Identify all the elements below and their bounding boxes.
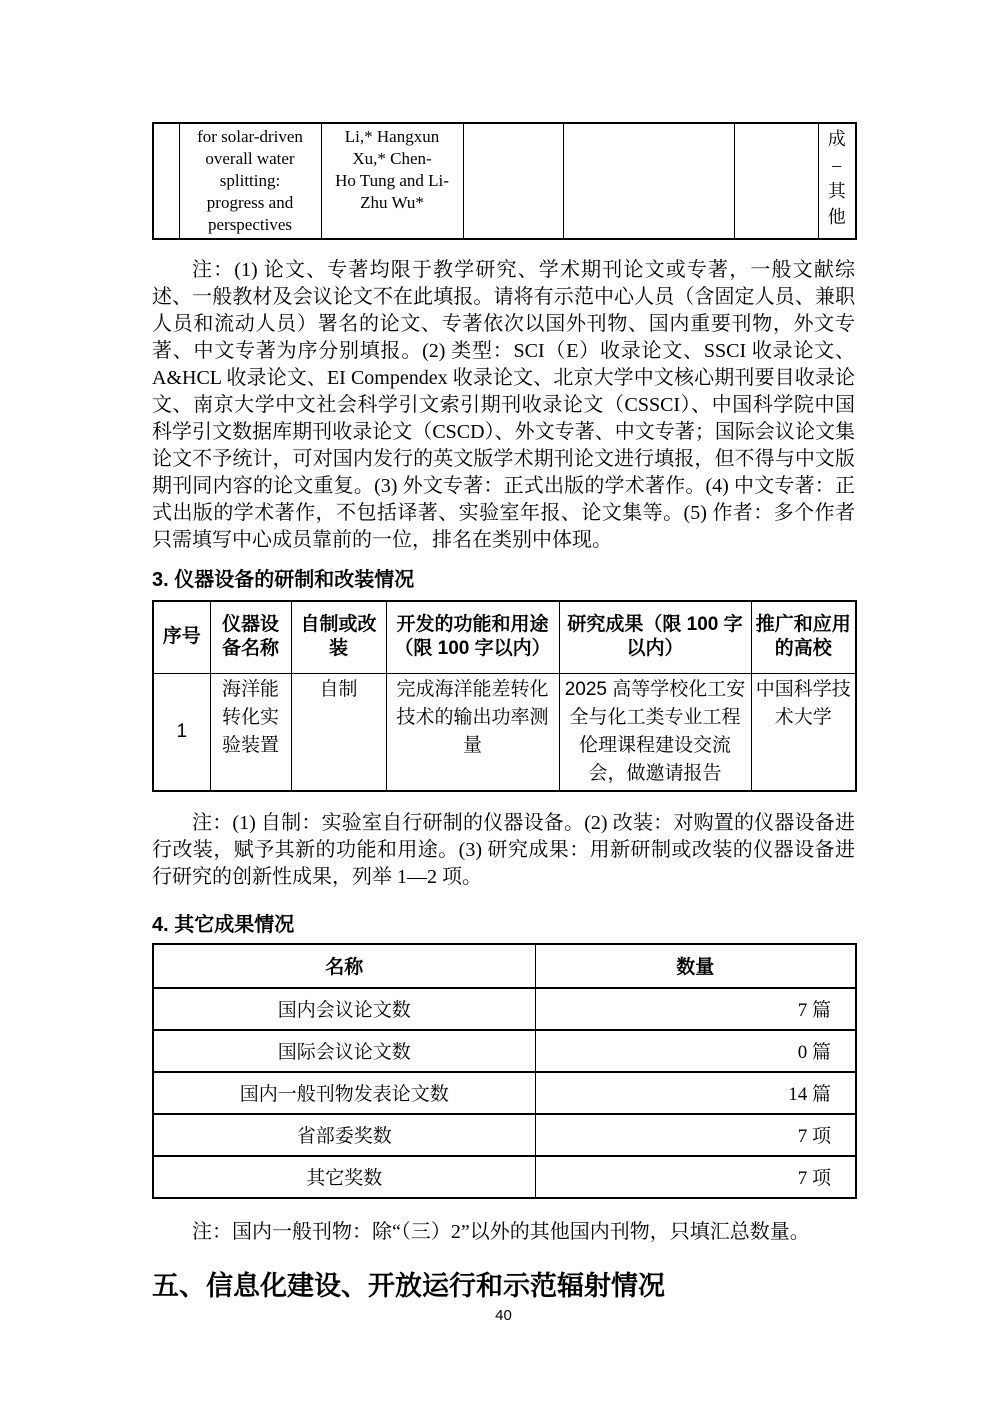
- instruments-note: 注：(1) 自制：实验室自行研制的仪器设备。(2) 改装：对购置的仪器设备进行改…: [152, 810, 855, 891]
- col-header-function: 开发的功能和用途（限 100 字以内）: [386, 601, 559, 673]
- col-header-name: 仪器设备名称: [210, 601, 291, 673]
- result-quantity: 14 篇: [535, 1072, 856, 1114]
- section4-heading: 4. 其它成果情况: [152, 913, 855, 937]
- instrument-name: 海洋能转化实验装置: [210, 673, 291, 791]
- pub-type-cell: [734, 123, 818, 239]
- pub-title-cell: for solar-driven overall water splitting…: [179, 123, 321, 239]
- publications-table-fragment: for solar-driven overall water splitting…: [152, 122, 857, 240]
- col-header-mode: 自制或改装: [291, 601, 386, 673]
- pub-category-cell: 成 – 其 他: [818, 123, 856, 239]
- result-quantity: 7 项: [535, 1156, 856, 1198]
- col-header-seq: 序号: [153, 601, 210, 673]
- instrument-mode: 自制: [291, 673, 386, 791]
- result-name: 国内一般刊物发表论文数: [153, 1072, 535, 1114]
- result-quantity: 7 篇: [535, 988, 856, 1030]
- table-header-row: 名称 数量: [153, 944, 856, 988]
- pub-journal-cell: [463, 123, 563, 239]
- publications-note: 注：(1) 论文、专著均限于教学研究、学术期刊论文或专著，一般文献综述、一般教材…: [152, 257, 855, 554]
- instrument-university: 中国科学技术大学: [751, 673, 856, 791]
- instrument-function: 完成海洋能差转化技术的输出功率测量: [386, 673, 559, 791]
- result-quantity: 0 篇: [535, 1030, 856, 1072]
- table-row: for solar-driven overall water splitting…: [153, 123, 856, 239]
- other-results-table: 名称 数量 国内会议论文数 7 篇 国际会议论文数 0 篇 国内一般刊物发表论文…: [152, 943, 857, 1199]
- section5-heading: 五、信息化建设、开放运行和示范辐射情况: [152, 1268, 855, 1304]
- instrument-seq: 1: [153, 673, 210, 791]
- pub-seq-cell: [153, 123, 179, 239]
- result-name: 国内会议论文数: [153, 988, 535, 1030]
- col-header-name: 名称: [153, 944, 535, 988]
- other-results-note: 注：国内一般刊物：除“（三）2”以外的其他国内刊物，只填汇总数量。: [152, 1219, 855, 1246]
- result-name: 其它奖数: [153, 1156, 535, 1198]
- result-name: 省部委奖数: [153, 1114, 535, 1156]
- result-quantity: 7 项: [535, 1114, 856, 1156]
- document-page: for solar-driven overall water splitting…: [0, 0, 1007, 1424]
- col-header-result: 研究成果（限 100 字以内）: [559, 601, 751, 673]
- table-header-row: 序号 仪器设备名称 自制或改装 开发的功能和用途（限 100 字以内） 研究成果…: [153, 601, 856, 673]
- result-name: 国际会议论文数: [153, 1030, 535, 1072]
- table-row: 其它奖数 7 项: [153, 1156, 856, 1198]
- table-row: 国内一般刊物发表论文数 14 篇: [153, 1072, 856, 1114]
- table-row: 省部委奖数 7 项: [153, 1114, 856, 1156]
- col-header-university: 推广和应用的高校: [751, 601, 856, 673]
- table-row: 1 海洋能转化实验装置 自制 完成海洋能差转化技术的输出功率测量 2025 高等…: [153, 673, 856, 791]
- table-row: 国际会议论文数 0 篇: [153, 1030, 856, 1072]
- table-row: 国内会议论文数 7 篇: [153, 988, 856, 1030]
- section3-heading: 3. 仪器设备的研制和改装情况: [152, 568, 855, 592]
- instruments-table: 序号 仪器设备名称 自制或改装 开发的功能和用途（限 100 字以内） 研究成果…: [152, 600, 857, 792]
- page-number: 40: [0, 1307, 1007, 1324]
- pub-volume-cell: [563, 123, 734, 239]
- pub-authors-cell: Li,* Hangxun Xu,* Chen- Ho Tung and Li- …: [321, 123, 463, 239]
- instrument-result: 2025 高等学校化工安全与化工类专业工程伦理课程建设交流会，做邀请报告: [559, 673, 751, 791]
- col-header-quantity: 数量: [535, 944, 856, 988]
